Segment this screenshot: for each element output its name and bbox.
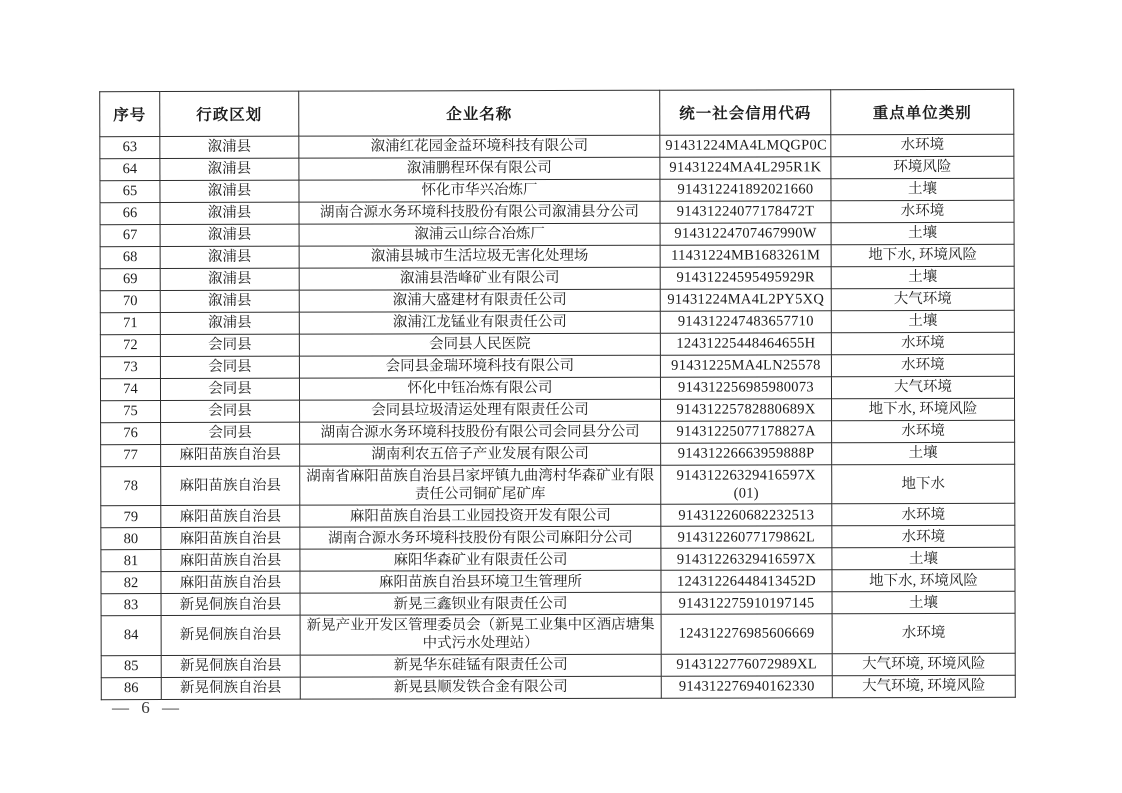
cell-district: 溆浦县	[160, 180, 299, 202]
cell-company-name: 溆浦县城市生活垃圾无害化处理场	[299, 245, 660, 268]
cell-serial-number: 72	[100, 335, 160, 357]
key-units-table: 序号 行政区划 企业名称 统一社会信用代码 重点单位类别 63 溆浦县 溆浦红花…	[99, 89, 1016, 700]
cell-category: 地下水, 环境风险	[832, 570, 1015, 592]
table-row: 77 麻阳苗族自治县 湖南利农五倍子产业发展有限公司 9143122666395…	[101, 442, 1015, 466]
cell-category: 大气环境, 环境风险	[832, 675, 1015, 697]
cell-category: 水环境	[832, 526, 1015, 548]
col-header-district: 行政区划	[160, 91, 299, 136]
cell-category: 地下水, 环境风险	[832, 398, 1015, 420]
cell-credit-code: 91431224MA4L2PY5XQ	[660, 289, 831, 311]
cell-credit-code: 914312276940162330	[661, 675, 832, 697]
cell-serial-number: 71	[100, 313, 160, 335]
cell-category: 水环境	[831, 332, 1014, 354]
cell-category: 地下水	[832, 464, 1015, 504]
cell-district: 麻阳苗族自治县	[161, 444, 300, 466]
cell-company-name: 会同县人民医院	[299, 333, 660, 356]
cell-credit-code: 9143122776072989XL	[661, 653, 832, 675]
table-row: 76 会同县 湖南合源水务环境科技股份有限公司会同县分公司 9143122507…	[101, 420, 1015, 444]
cell-serial-number: 84	[101, 616, 161, 655]
cell-district: 新晃侗族自治县	[161, 615, 300, 655]
cell-district: 新晃侗族自治县	[161, 655, 300, 677]
cell-credit-code: 91431226077179862L	[661, 526, 832, 548]
cell-company-name: 湖南利农五倍子产业发展有限公司	[300, 443, 661, 466]
cell-district: 会同县	[161, 400, 300, 422]
table-row: 63 溆浦县 溆浦红花园金益环境科技有限公司 91431224MA4LMQGP0…	[100, 134, 1014, 158]
cell-serial-number: 63	[100, 137, 160, 159]
cell-serial-number: 75	[101, 401, 161, 423]
cell-category: 水环境	[831, 354, 1014, 376]
cell-serial-number: 81	[101, 550, 161, 572]
cell-credit-code: 91431224595495929R	[660, 267, 831, 289]
cell-category: 土壤	[831, 178, 1014, 200]
cell-company-name: 麻阳华森矿业有限责任公司	[300, 548, 661, 571]
cell-credit-code: 91431224707467990W	[660, 223, 831, 245]
cell-district: 溆浦县	[160, 246, 299, 268]
cell-company-name: 会同县金瑞环境科技有限公司	[299, 355, 660, 378]
key-units-table-container: 序号 行政区划 企业名称 统一社会信用代码 重点单位类别 63 溆浦县 溆浦红花…	[99, 89, 1017, 700]
cell-district: 溆浦县	[160, 158, 299, 180]
cell-serial-number: 85	[101, 655, 161, 677]
cell-district: 麻阳苗族自治县	[161, 505, 300, 527]
cell-serial-number: 67	[100, 225, 160, 247]
cell-category: 大气环境, 环境风险	[832, 653, 1015, 675]
table-row: 86 新晃侗族自治县 新晃县顺发铁合金有限公司 9143122769401623…	[101, 675, 1015, 699]
cell-credit-code: 91431224077178472T	[660, 201, 831, 223]
cell-serial-number: 86	[101, 677, 161, 699]
cell-credit-code: 91431226329416597X	[661, 548, 832, 570]
cell-company-name: 湖南合源水务环境科技股份有限公司会同县分公司	[300, 421, 661, 444]
table-row: 66 溆浦县 湖南合源水务环境科技股份有限公司溆浦县分公司 9143122407…	[100, 200, 1014, 224]
cell-serial-number: 79	[101, 506, 161, 528]
cell-district: 溆浦县	[160, 312, 299, 334]
cell-company-name: 溆浦县浩峰矿业有限公司	[299, 267, 660, 290]
table-row: 79 麻阳苗族自治县 麻阳苗族自治县工业园投资开发有限公司 9143122606…	[101, 504, 1015, 528]
cell-credit-code: 914312247483657710	[660, 311, 831, 333]
table-row: 83 新晃侗族自治县 新晃三鑫钡业有限责任公司 9143122759101971…	[101, 592, 1015, 616]
table-row: 67 溆浦县 溆浦云山综合冶炼厂 91431224707467990W 土壤	[100, 222, 1014, 246]
cell-district: 溆浦县	[160, 224, 299, 246]
cell-district: 溆浦县	[160, 290, 299, 312]
cell-district: 麻阳苗族自治县	[161, 571, 300, 593]
cell-district: 麻阳苗族自治县	[161, 527, 300, 549]
cell-credit-code: 914312275910197145	[661, 592, 832, 614]
cell-district: 新晃侗族自治县	[161, 593, 300, 615]
document-page: 序号 行政区划 企业名称 统一社会信用代码 重点单位类别 63 溆浦县 溆浦红花…	[0, 0, 1122, 793]
cell-company-name: 怀化市华兴冶炼厂	[299, 179, 660, 202]
cell-company-name: 新晃产业开发区管理委员会（新晃工业集中区酒店塘集中式污水处理站）	[300, 614, 661, 654]
cell-serial-number: 77	[101, 445, 161, 467]
cell-serial-number: 68	[100, 247, 160, 269]
cell-district: 会同县	[160, 356, 299, 378]
cell-category: 土壤	[831, 266, 1014, 288]
cell-district: 溆浦县	[160, 136, 299, 158]
cell-company-name: 溆浦鹏程环保有限公司	[299, 157, 660, 180]
cell-district: 会同县	[161, 422, 300, 444]
cell-serial-number: 80	[101, 528, 161, 550]
cell-category: 大气环境	[831, 376, 1014, 398]
cell-category: 土壤	[831, 222, 1014, 244]
cell-serial-number: 69	[100, 269, 160, 291]
table-row: 75 会同县 会同县垃圾清运处理有限责任公司 91431225782880689…	[101, 398, 1015, 422]
cell-category: 土壤	[831, 310, 1014, 332]
table-row: 82 麻阳苗族自治县 麻阳苗族自治县环境卫生管理所 12431226448413…	[101, 570, 1015, 594]
cell-serial-number: 70	[100, 291, 160, 313]
cell-category: 水环境	[832, 614, 1015, 654]
cell-category: 土壤	[832, 592, 1015, 614]
cell-category: 环境风险	[831, 156, 1014, 178]
col-header-company-name: 企业名称	[299, 90, 660, 136]
cell-district: 会同县	[160, 378, 299, 400]
table-row: 64 溆浦县 溆浦鹏程环保有限公司 91431224MA4L295R1K 环境风…	[100, 156, 1014, 180]
cell-company-name: 新晃县顺发铁合金有限公司	[300, 676, 661, 699]
col-header-serial-number: 序号	[100, 92, 160, 137]
cell-company-name: 会同县垃圾清运处理有限责任公司	[300, 399, 661, 422]
cell-credit-code: 91431224MA4LMQGP0C	[660, 135, 831, 157]
cell-company-name: 溆浦云山综合冶炼厂	[299, 223, 660, 246]
cell-company-name: 新晃三鑫钡业有限责任公司	[300, 592, 661, 615]
cell-district: 溆浦县	[160, 202, 299, 224]
cell-category: 土壤	[832, 548, 1015, 570]
cell-serial-number: 76	[101, 423, 161, 445]
cell-credit-code: 124312276985606669	[661, 614, 832, 654]
cell-serial-number: 83	[101, 594, 161, 616]
cell-district: 新晃侗族自治县	[161, 677, 300, 699]
table-row: 74 会同县 怀化中钰冶炼有限公司 914312256985980073 大气环…	[100, 376, 1014, 400]
cell-company-name: 麻阳苗族自治县环境卫生管理所	[300, 570, 661, 593]
table-row: 85 新晃侗族自治县 新晃华东硅锰有限责任公司 9143122776072989…	[101, 653, 1015, 677]
cell-credit-code: 12431226448413452D	[661, 570, 832, 592]
cell-company-name: 湖南省麻阳苗族自治县吕家坪镇九曲湾村华森矿业有限责任公司铜矿尾矿库	[300, 465, 661, 505]
table-row: 70 溆浦县 溆浦大盛建材有限责任公司 91431224MA4L2PY5XQ 大…	[100, 288, 1014, 312]
table-row: 78 麻阳苗族自治县 湖南省麻阳苗族自治县吕家坪镇九曲湾村华森矿业有限责任公司铜…	[101, 464, 1015, 506]
cell-company-name: 湖南合源水务环境科技股份有限公司麻阳分公司	[300, 526, 661, 549]
cell-district: 会同县	[160, 334, 299, 356]
cell-company-name: 溆浦红花园金益环境科技有限公司	[299, 135, 660, 158]
table-row: 80 麻阳苗族自治县 湖南合源水务环境科技股份有限公司麻阳分公司 9143122…	[101, 526, 1015, 550]
cell-company-name: 怀化中钰冶炼有限公司	[299, 377, 660, 400]
cell-category: 土壤	[832, 442, 1015, 464]
cell-district: 溆浦县	[160, 268, 299, 290]
table-row: 84 新晃侗族自治县 新晃产业开发区管理委员会（新晃工业集中区酒店塘集中式污水处…	[101, 614, 1015, 656]
cell-company-name: 湖南合源水务环境科技股份有限公司溆浦县分公司	[299, 201, 660, 224]
table-row: 65 溆浦县 怀化市华兴冶炼厂 914312241892021660 土壤	[100, 178, 1014, 202]
cell-serial-number: 64	[100, 159, 160, 181]
col-header-category: 重点单位类别	[831, 89, 1014, 134]
cell-credit-code: 914312260682232513	[661, 504, 832, 526]
table-row: 71 溆浦县 溆浦江龙锰业有限责任公司 914312247483657710 土…	[100, 310, 1014, 334]
cell-category: 水环境	[831, 134, 1014, 156]
table-row: 68 溆浦县 溆浦县城市生活垃圾无害化处理场 11431224MB1683261…	[100, 244, 1014, 268]
cell-company-name: 溆浦江龙锰业有限责任公司	[299, 311, 660, 334]
table-row: 69 溆浦县 溆浦县浩峰矿业有限公司 91431224595495929R 土壤	[100, 266, 1014, 290]
cell-serial-number: 65	[100, 181, 160, 203]
cell-serial-number: 82	[101, 572, 161, 594]
cell-credit-code: 91431225077178827A	[661, 421, 832, 443]
cell-category: 水环境	[832, 420, 1015, 442]
cell-credit-code: 91431226329416597X(01)	[661, 465, 832, 505]
cell-district: 麻阳苗族自治县	[161, 466, 300, 506]
cell-serial-number: 66	[100, 203, 160, 225]
table-header-row: 序号 行政区划 企业名称 统一社会信用代码 重点单位类别	[100, 89, 1014, 136]
cell-credit-code: 914312241892021660	[660, 179, 831, 201]
table-row: 81 麻阳苗族自治县 麻阳华森矿业有限责任公司 9143122632941659…	[101, 548, 1015, 572]
table-row: 73 会同县 会同县金瑞环境科技有限公司 91431225MA4LN25578 …	[100, 354, 1014, 378]
cell-company-name: 新晃华东硅锰有限责任公司	[300, 654, 661, 677]
cell-credit-code: 91431225MA4LN25578	[660, 355, 831, 377]
cell-credit-code: 914312256985980073	[660, 377, 831, 399]
cell-serial-number: 74	[100, 379, 160, 401]
col-header-credit-code: 统一社会信用代码	[660, 90, 831, 135]
cell-category: 地下水, 环境风险	[831, 244, 1014, 266]
cell-credit-code: 91431224MA4L295R1K	[660, 157, 831, 179]
cell-company-name: 溆浦大盛建材有限责任公司	[299, 289, 660, 312]
cell-serial-number: 78	[101, 467, 161, 506]
cell-category: 水环境	[832, 504, 1015, 526]
cell-category: 水环境	[831, 200, 1014, 222]
cell-credit-code: 91431226663959888P	[661, 443, 832, 465]
cell-company-name: 麻阳苗族自治县工业园投资开发有限公司	[300, 504, 661, 527]
cell-serial-number: 73	[100, 357, 160, 379]
cell-credit-code: 91431225782880689X	[661, 399, 832, 421]
table-row: 72 会同县 会同县人民医院 12431225448464655H 水环境	[100, 332, 1014, 356]
page-number: — 6 —	[112, 698, 183, 718]
cell-credit-code: 11431224MB1683261M	[660, 245, 831, 267]
cell-category: 大气环境	[831, 288, 1014, 310]
cell-district: 麻阳苗族自治县	[161, 549, 300, 571]
cell-credit-code: 12431225448464655H	[660, 333, 831, 355]
